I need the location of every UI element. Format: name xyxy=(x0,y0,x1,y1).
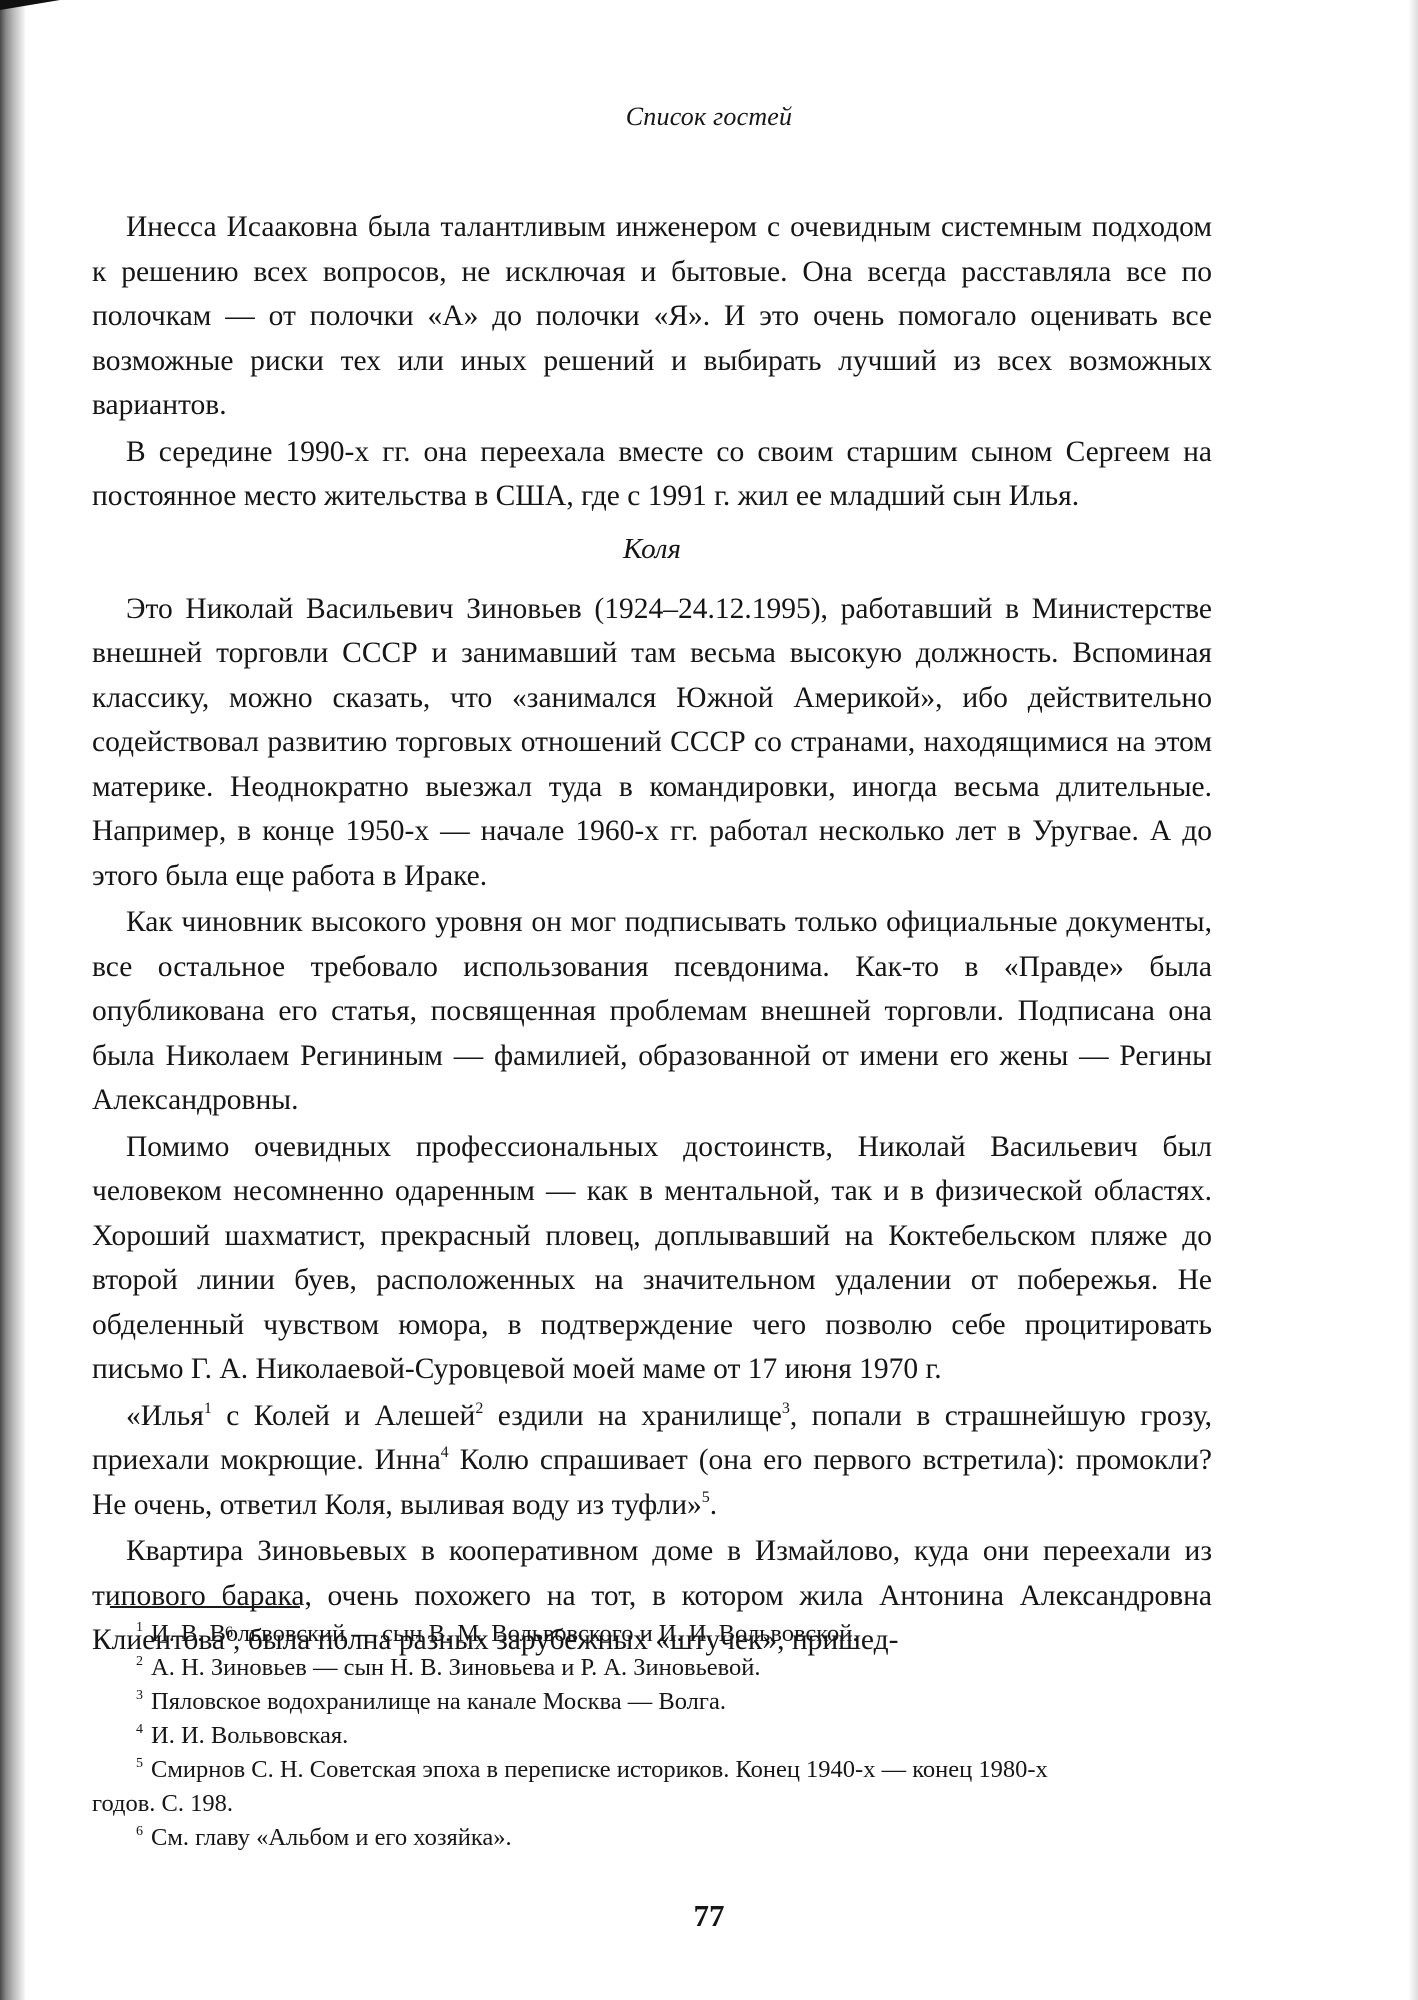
footnote: 6См. главу «Альбом и его хозяйка». xyxy=(92,1821,1212,1855)
footnote: 4И. И. Вольвовская. xyxy=(92,1719,1212,1753)
paragraph: Помимо очевидных профессиональных достои… xyxy=(92,1125,1212,1392)
footnote: 5Смирнов С. Н. Советская эпоха в перепис… xyxy=(92,1753,1212,1787)
body-text: Инесса Исааковна была талантливым инжене… xyxy=(92,205,1212,1663)
footnote-ref[interactable]: 3 xyxy=(782,1400,790,1417)
paragraph: Инесса Исааковна была талантливым инжене… xyxy=(92,205,1212,428)
footnote-divider xyxy=(110,1606,300,1608)
page-edge xyxy=(1408,0,1418,2000)
section-subheading: Коля xyxy=(92,527,1212,571)
footnote-ref[interactable]: 1 xyxy=(204,1400,212,1417)
spine-shadow xyxy=(0,0,26,2000)
footnote: 2А. Н. Зиновьев — сын Н. В. Зиновьева и … xyxy=(92,1651,1212,1685)
scan-corner-shadow xyxy=(0,0,60,10)
footnote-ref[interactable]: 4 xyxy=(441,1444,449,1461)
footnote: 1И. В. Вольвовский — сын В. М. Вольвовск… xyxy=(92,1617,1212,1651)
paragraph: Это Николай Васильевич Зиновьев (1924–24… xyxy=(92,587,1212,899)
footnote-ref[interactable]: 5 xyxy=(702,1489,710,1506)
paragraph: Как чиновник высокого уровня он мог подп… xyxy=(92,900,1212,1123)
page-number: 77 xyxy=(0,1898,1418,1934)
footnote-continuation: годов. С. 198. xyxy=(92,1787,1212,1821)
quote-paragraph: «Илья1 с Колей и Алешей2 ездили на храни… xyxy=(92,1394,1212,1528)
running-head: Список гостей xyxy=(0,102,1418,132)
footnotes: 1И. В. Вольвовский — сын В. М. Вольвовск… xyxy=(92,1617,1212,1855)
footnote: 3Пяловское водохранилище на канале Москв… xyxy=(92,1685,1212,1719)
book-page: Список гостей Инесса Исааковна была тала… xyxy=(0,0,1418,2000)
paragraph: В середине 1990-х гг. она переехала вмес… xyxy=(92,430,1212,519)
